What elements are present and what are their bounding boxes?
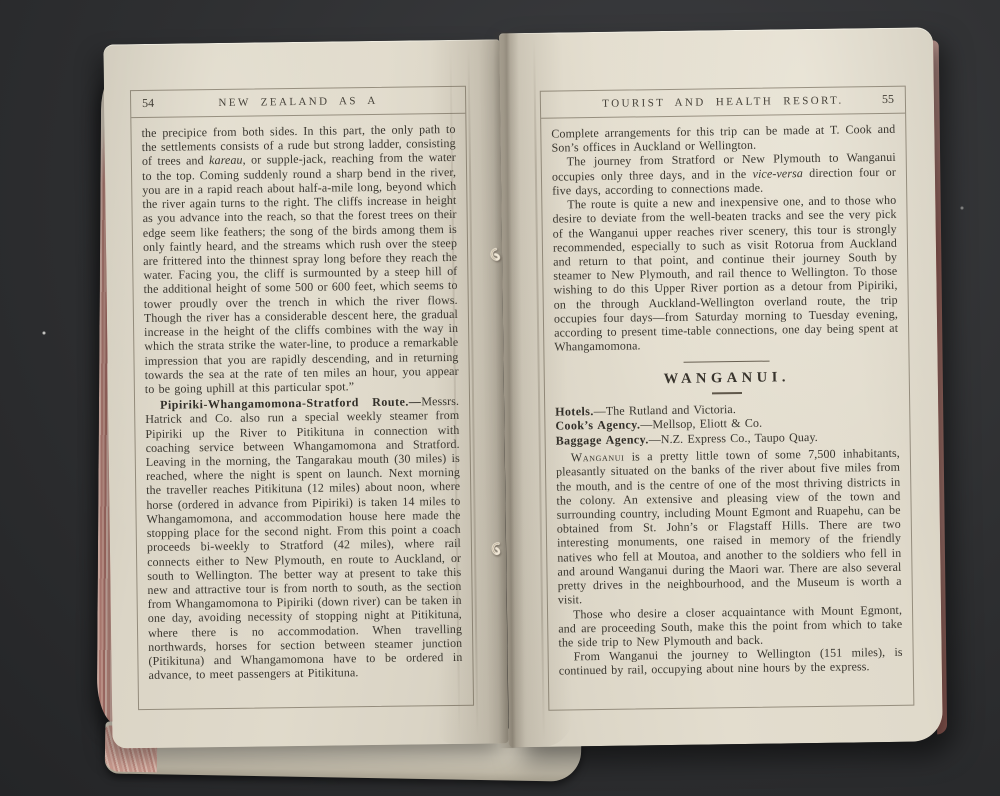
paragraph-town-description: Wanganui is a pretty little town of some… [556,446,902,607]
photo-background: 54 NEW ZEALAND AS A the precipice from b… [0,0,1000,796]
paragraph-wellington-rail: From Wanganui the journey to Wellington … [559,645,903,678]
left-page: 54 NEW ZEALAND AS A the precipice from b… [103,39,508,748]
paragraph-route: Pipiriki-Whangamomona-Stratford Route.—M… [145,394,463,682]
left-page-body: the precipice from both sides. In this p… [131,114,473,709]
paragraph-river-description: the precipice from both sides. In this p… [141,122,459,396]
right-page-body: Complete arrangements for this trip can … [541,114,913,710]
section-heading-wanganui: WANGANUI. [555,367,899,389]
info-value: —The Rutland and Victoria. [594,402,736,418]
text-run: Messrs. Hatrick and Co. also run a speci… [145,394,462,682]
info-label: Baggage Agency. [556,433,649,448]
right-running-title: TOURIST AND HEALTH RESORT. [602,95,844,110]
right-page-number: 55 [882,92,894,107]
paragraph-route-description: The route is quite a new and inexpensive… [552,193,898,354]
paragraph-egmont: Those who desire a closer acquaintance w… [558,602,903,649]
heading-underline-rule [712,391,742,393]
left-page-header: 54 NEW ZEALAND AS A [131,87,465,118]
left-page-frame: 54 NEW ZEALAND AS A the precipice from b… [130,86,474,710]
binding-stitch-icon [487,246,505,266]
left-page-number: 54 [142,96,154,111]
smallcaps-lead: Wanganui [571,450,625,465]
section-divider-rule [684,360,770,362]
paragraph-journey: The journey from Stratford or New Plymou… [552,150,897,197]
info-label: Cook’s Agency. [555,418,640,433]
italic-term: kareau [209,153,243,167]
text-run: , or supple-jack, reaching from the wate… [142,150,459,396]
info-value: —N.Z. Express Co., Taupo Quay. [649,430,818,446]
info-label: Hotels. [555,404,594,419]
italic-term: vice-versa [753,166,804,181]
text-run: is a pretty little town of some 7,500 in… [556,446,902,607]
right-page-header: TOURIST AND HEALTH RESORT. 55 [541,87,905,119]
right-page-frame: TOURIST AND HEALTH RESORT. 55 Complete a… [540,86,915,711]
right-page: TOURIST AND HEALTH RESORT. 55 Complete a… [499,27,943,747]
left-running-title: NEW ZEALAND AS A [218,95,377,109]
open-book: 54 NEW ZEALAND AS A the precipice from b… [97,24,948,771]
info-value: —Mellsop, Eliott & Co. [640,416,762,432]
